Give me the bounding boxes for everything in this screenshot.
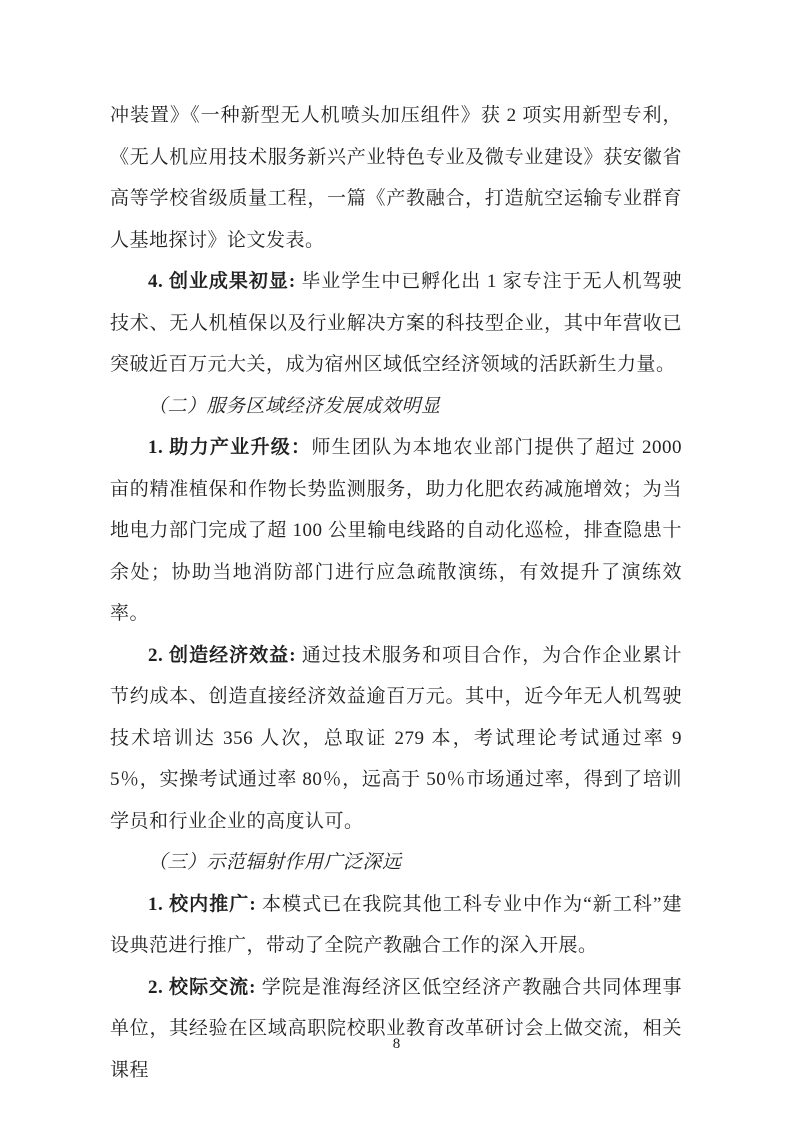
numbered-paragraph-1: 1. 助力产业升级：师生团队为本地农业部门提供了超过 2000 亩的精准植保和作… (110, 427, 682, 635)
numbered-paragraph-campus: 1. 校内推广: 本模式已在我院其他工科专业中作为“新工科”建设典范进行推广，带… (110, 884, 682, 967)
paragraph-lead: 1. 校内推广: (148, 894, 262, 915)
numbered-paragraph-4: 4. 创业成果初显: 毕业学生中已孵化出 1 家专注于无人机驾驶技术、无人机植保… (110, 261, 682, 386)
numbered-paragraph-2: 2. 创造经济效益: 通过技术服务和项目合作，为合作企业累计节约成本、创造直接经… (110, 635, 682, 843)
paragraph-lead: 2. 校际交流: (148, 977, 262, 998)
numbered-paragraph-exchange: 2. 校际交流: 学院是淮海经济区低空经济产教融合共同体理事单位，其经验在区域高… (110, 967, 682, 1092)
page-number: 8 (0, 1036, 793, 1053)
document-page: 冲装置》《一种新型无人机喷头加压组件》获 2 项实用新型专利，《无人机应用技术服… (0, 0, 793, 1122)
paragraph-text: 通过技术服务和项目合作，为合作企业累计节约成本、创造直接经济效益逾百万元。其中，… (110, 645, 682, 832)
section-heading-2: （二）服务区域经济发展成效明显 (110, 386, 682, 428)
page-content: 冲装置》《一种新型无人机喷头加压组件》获 2 项实用新型专利，《无人机应用技术服… (110, 95, 682, 1091)
paragraph-lead: 2. 创造经济效益: (148, 645, 302, 666)
paragraph-lead: 1. 助力产业升级： (148, 437, 311, 458)
heading-text: （二）服务区域经济发展成效明显 (148, 396, 441, 417)
continuation-paragraph: 冲装置》《一种新型无人机喷头加压组件》获 2 项实用新型专利，《无人机应用技术服… (110, 95, 682, 261)
paragraph-lead: 4. 创业成果初显: (148, 271, 301, 292)
paragraph-text: 冲装置》《一种新型无人机喷头加压组件》获 2 项实用新型专利，《无人机应用技术服… (110, 105, 682, 251)
heading-text: （三）示范辐射作用广泛深远 (148, 852, 402, 873)
paragraph-text: 师生团队为本地农业部门提供了超过 2000 亩的精准植保和作物长势监测服务，助力… (110, 437, 682, 624)
section-heading-3: （三）示范辐射作用广泛深远 (110, 842, 682, 884)
